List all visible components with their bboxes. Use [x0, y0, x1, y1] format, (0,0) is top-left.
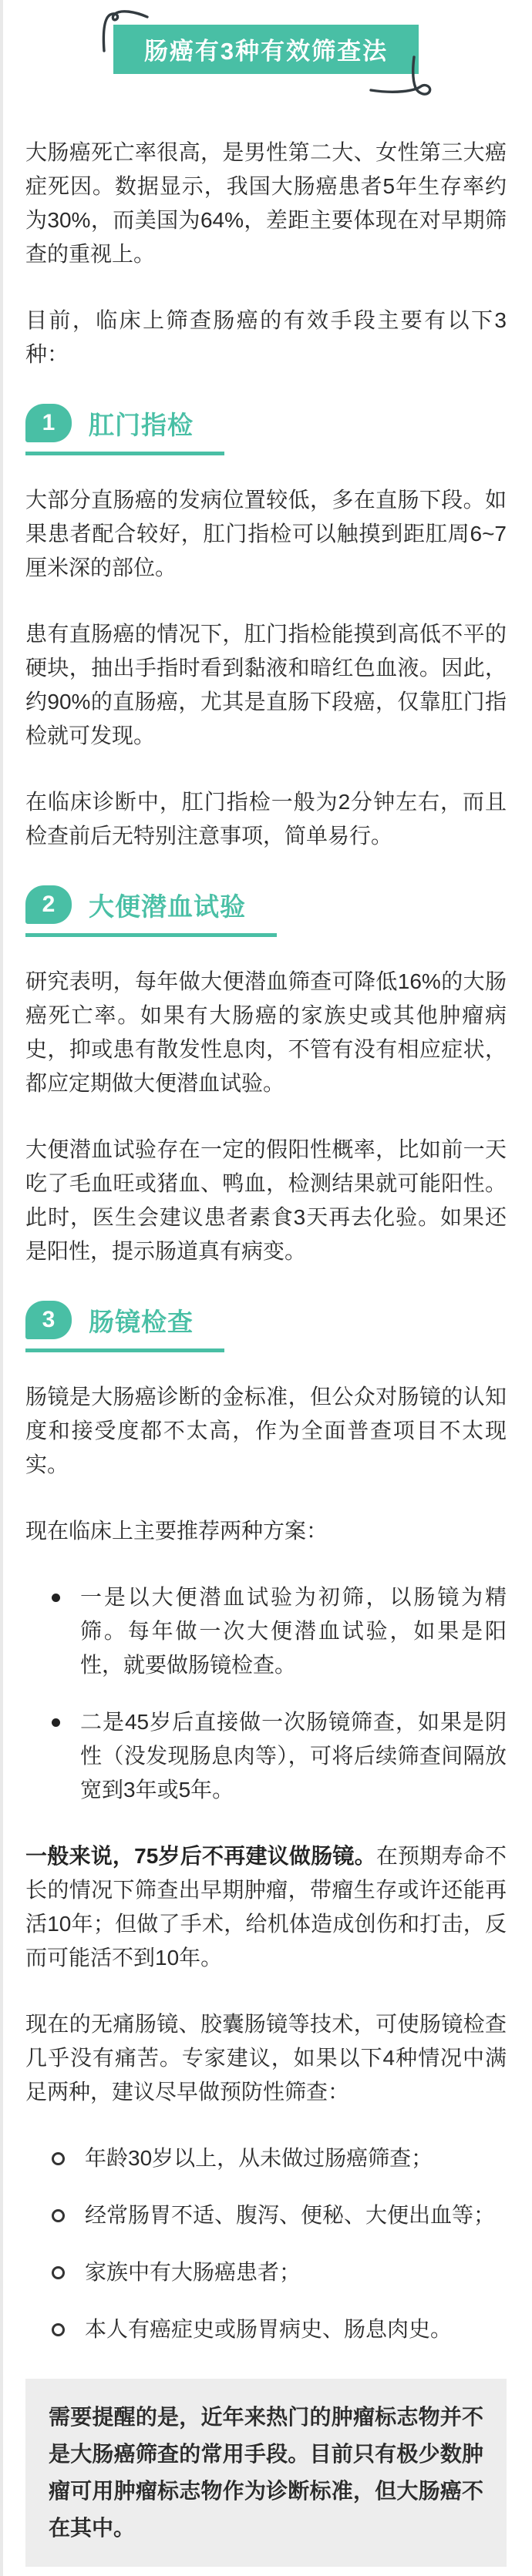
list-item: 本人有癌症史或肠胃病史、肠息肉史。 — [52, 2312, 507, 2346]
circle-bullet-icon — [52, 2152, 65, 2165]
section-1-paragraph-1: 大部分直肠癌的发病位置较低，多在直肠下段。如果患者配合较好，肛门指检可以触摸到距… — [25, 483, 507, 585]
list-item: 一是以大便潜血试验为初筛，以肠镜为精筛。每年做一次大便潜血试验，如果是阳性，就要… — [52, 1580, 507, 1682]
condition-item-text: 家族中有大肠癌患者； — [85, 2255, 301, 2289]
section-1-number-badge: 1 — [25, 404, 72, 442]
section-3-paragraph-2: 现在临床上主要推荐两种方案： — [25, 1514, 507, 1548]
scheme-item-text: 一是以大便潜血试验为初筛，以肠镜为精筛。每年做一次大便潜血试验，如果是阳性，就要… — [80, 1580, 507, 1682]
scheme-item-text: 二是45岁后直接做一次肠镜筛查，如果是阴性（没发现肠息肉等），可将后续筛查间隔放… — [80, 1705, 507, 1807]
section-2-header: 2 大便潜血试验 — [25, 885, 277, 937]
condition-item-text: 年龄30岁以上，从未做过肠癌筛查； — [85, 2141, 433, 2175]
condition-item-text: 经常肠胃不适、腹泻、便秘、大便出血等； — [85, 2198, 495, 2232]
section-1-header: 1 肛门指检 — [25, 404, 224, 455]
circle-bullet-icon — [52, 2266, 65, 2279]
section-2-paragraph-1: 研究表明，每年做大便潜血筛查可降低16%的大肠癌死亡率。如果有大肠癌的家族史或其… — [25, 965, 507, 1100]
section-1-paragraph-3: 在临床诊断中，肛门指检一般为2分钟左右，而且检查前后无特别注意事项，简单易行。 — [25, 785, 507, 853]
section-2-paragraph-2: 大便潜血试验存在一定的假阳性概率，比如前一天吃了毛血旺或猪血、鸭血，检测结果就可… — [25, 1133, 507, 1268]
painless-colonoscopy-paragraph: 现在的无痛肠镜、胶囊肠镜等技术，可使肠镜检查几乎没有痛苦。专家建议，如果以下4种… — [25, 2007, 507, 2109]
list-item: 二是45岁后直接做一次肠镜筛查，如果是阴性（没发现肠息肉等），可将后续筛查间隔放… — [52, 1705, 507, 1807]
intro-paragraph-2: 目前，临床上筛查肠癌的有效手段主要有以下3种： — [25, 304, 507, 371]
section-2-number-badge: 2 — [25, 885, 72, 924]
banner-title: 肠癌有3种有效筛查法 — [113, 25, 419, 74]
circle-bullet-icon — [52, 2209, 65, 2222]
section-1-title: 肛门指检 — [89, 405, 194, 442]
article-content: 肠癌有3种有效筛查法 大肠癌死亡率很高，是男性第二大、女性第三大癌症死因。数据显… — [0, 0, 532, 2567]
bullet-dot-icon — [52, 1594, 60, 1602]
condition-item-text: 本人有癌症史或肠胃病史、肠息肉史。 — [85, 2312, 452, 2346]
section-1-paragraph-2: 患有直肠癌的情况下，肛门指检能摸到高低不平的硬块，抽出手指时看到黏液和暗红色血液… — [25, 617, 507, 753]
section-3-header: 3 肠镜检查 — [25, 1301, 224, 1352]
section-3-paragraph-1: 肠镜是大肠癌诊断的金标准，但公众对肠镜的认知度和接受度都不太高，作为全面普查项目… — [25, 1380, 507, 1482]
list-item: 经常肠胃不适、腹泻、便秘、大便出血等； — [52, 2198, 507, 2232]
section-3-title: 肠镜检查 — [89, 1302, 194, 1338]
circle-bullet-icon — [52, 2323, 65, 2336]
left-edge-strip — [0, 0, 3, 2576]
section-3-number-badge: 3 — [25, 1301, 72, 1339]
intro-paragraph-1: 大肠癌死亡率很高，是男性第二大、女性第三大癌症死因。数据显示，我国大肠癌患者5年… — [25, 136, 507, 271]
risk-condition-list: 年龄30岁以上，从未做过肠癌筛查； 经常肠胃不适、腹泻、便秘、大便出血等； 家族… — [25, 2141, 507, 2346]
age-advice-bold-lead: 一般来说，75岁后不再建议做肠镜。 — [25, 1844, 376, 1868]
title-banner: 肠癌有3种有效筛查法 — [113, 25, 419, 74]
article-page: 肠癌有3种有效筛查法 大肠癌死亡率很高，是男性第二大、女性第三大癌症死因。数据显… — [0, 0, 532, 2576]
bullet-dot-icon — [52, 1718, 60, 1727]
list-item: 家族中有大肠癌患者； — [52, 2255, 507, 2289]
age-advice-paragraph: 一般来说，75岁后不再建议做肠镜。在预期寿命不长的情况下筛查出早期肿瘤，带瘤生存… — [25, 1839, 507, 1975]
section-2-title: 大便潜血试验 — [89, 887, 246, 923]
notice-box: 需要提醒的是，近年来热门的肿瘤标志物并不是大肠癌筛查的常用手段。目前只有极少数肿… — [25, 2379, 507, 2567]
list-item: 年龄30岁以上，从未做过肠癌筛查； — [52, 2141, 507, 2175]
notice-text: 需要提醒的是，近年来热门的肿瘤标志物并不是大肠癌筛查的常用手段。目前只有极少数肿… — [49, 2405, 483, 2540]
screening-scheme-list: 一是以大便潜血试验为初筛，以肠镜为精筛。每年做一次大便潜血试验，如果是阳性，就要… — [25, 1580, 507, 1807]
